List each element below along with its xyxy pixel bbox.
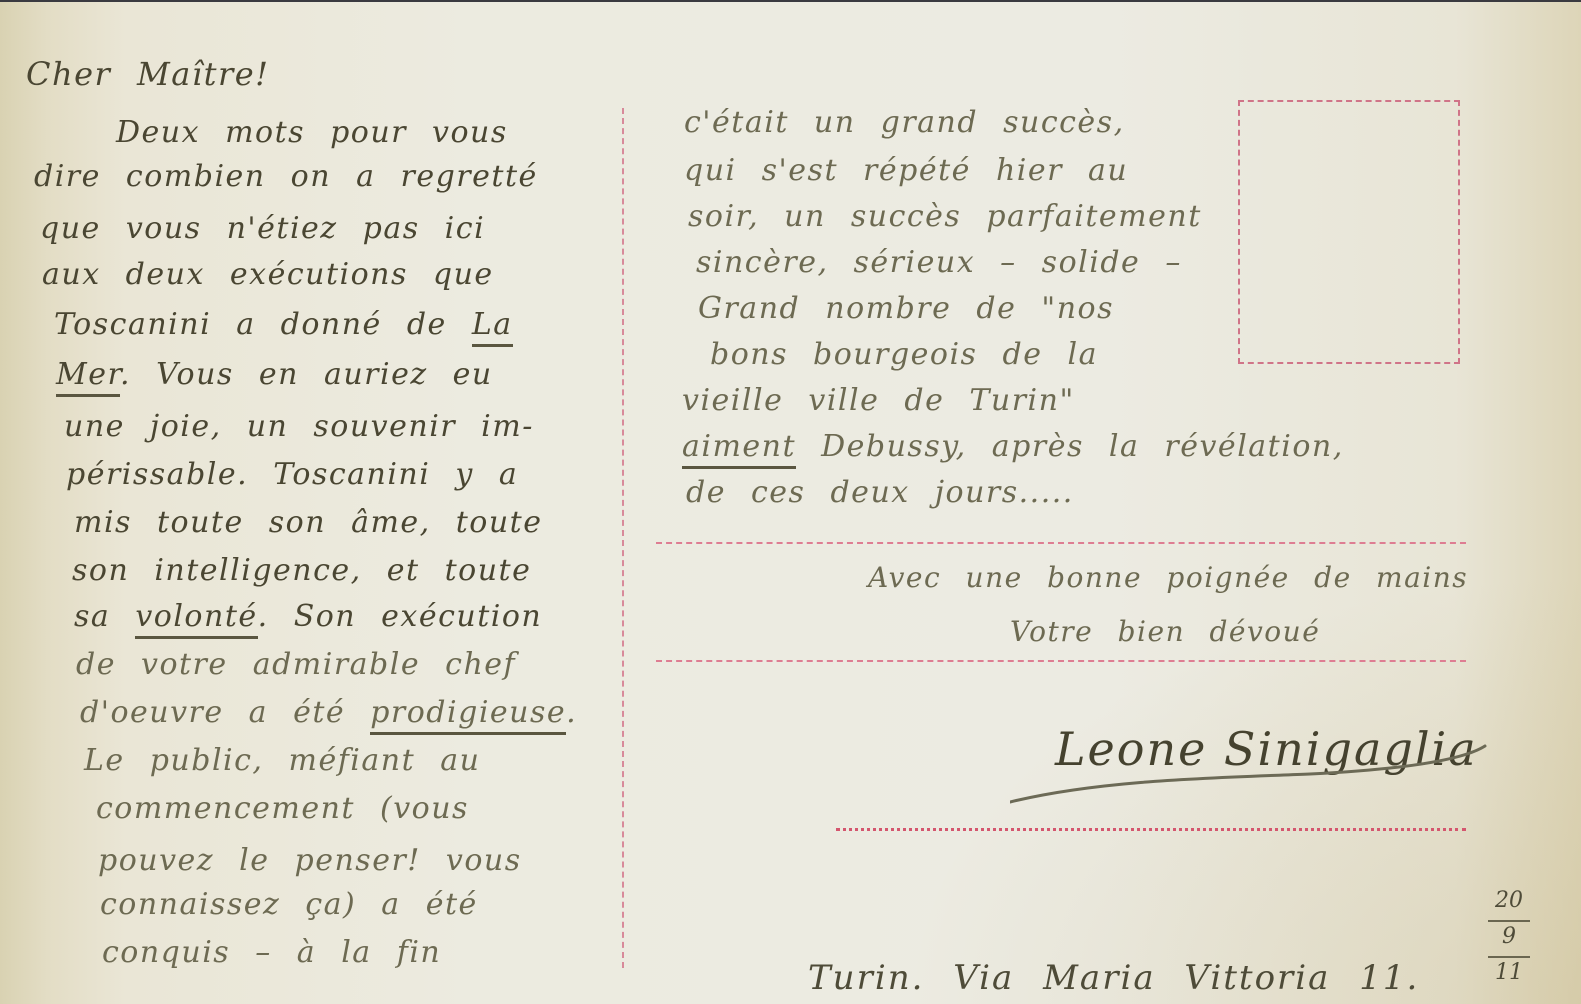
right-line-4: sincère, sérieux – solide – <box>696 248 1182 278</box>
left-line-13: d'oeuvre a été prodigieuse. <box>80 698 577 728</box>
closing-rule-bottom <box>656 660 1466 662</box>
date: 20 9 11 <box>1488 886 1530 992</box>
left-line-13-pre: d'oeuvre a été <box>80 695 370 730</box>
signature-flourish-icon <box>1010 740 1490 810</box>
left-line-11-post: . Son exécution <box>258 599 543 634</box>
left-line-11-pre: sa <box>74 599 135 634</box>
address-rule <box>836 828 1466 831</box>
left-line-3: que vous n'étiez pas ici <box>40 214 485 244</box>
closing-rule-top <box>656 542 1466 544</box>
right-line-8-post: Debussy, après la révélation, <box>796 429 1344 464</box>
left-line-1: Deux mots pour vous <box>116 118 508 148</box>
left-line-16: pouvez le penser! vous <box>98 846 522 876</box>
left-line-4: aux deux exécutions que <box>42 260 494 290</box>
left-line-9: mis toute son âme, toute <box>74 508 542 538</box>
left-line-17: connaissez ça) a été <box>100 890 478 920</box>
left-line-18: conquis – à la fin <box>102 938 441 968</box>
closing-line-2: Votre bien dévoué <box>1010 618 1320 646</box>
vertical-divider <box>622 108 624 968</box>
underlined-la: La <box>472 307 513 347</box>
left-line-12: de votre admirable chef <box>76 650 516 680</box>
left-line-13-post: . <box>566 695 577 730</box>
left-line-11: sa volonté. Son exécution <box>74 602 542 632</box>
left-line-6: Mer. Vous en auriez eu <box>56 360 493 390</box>
left-line-5-text: Toscanini a donné de <box>54 307 472 342</box>
right-line-1: c'était un grand succès, <box>684 108 1125 138</box>
sender-address: Turin. Via Maria Vittoria 11. <box>808 958 1419 998</box>
postcard: Cher Maître! Deux mots pour vous dire co… <box>0 0 1581 1004</box>
right-line-5: Grand nombre de "nos <box>698 294 1114 324</box>
right-line-2: qui s'est répété hier au <box>684 156 1128 186</box>
left-line-7: une joie, un souvenir im- <box>64 412 534 442</box>
underlined-mer: Mer <box>56 357 120 397</box>
left-line-5: Toscanini a donné de La <box>54 310 513 340</box>
right-line-7: vieille ville de Turin" <box>682 386 1075 416</box>
left-line-14: Le public, méfiant au <box>84 746 480 776</box>
date-year: 11 <box>1488 958 1530 992</box>
salutation: Cher Maître! <box>26 58 270 90</box>
right-line-3: soir, un succès parfaitement <box>688 202 1202 232</box>
right-line-6: bons bourgeois de la <box>710 340 1098 370</box>
left-line-15: commencement (vous <box>96 794 469 824</box>
left-line-10: son intelligence, et toute <box>72 556 531 586</box>
left-line-2: dire combien on a regretté <box>34 162 538 192</box>
underlined-aiment: aiment <box>682 429 796 469</box>
closing-line-1: Avec une bonne poignée de mains <box>868 564 1468 592</box>
right-line-8: aiment Debussy, après la révélation, <box>682 432 1344 462</box>
left-line-8: périssable. Toscanini y a <box>66 460 518 490</box>
date-month: 9 <box>1488 922 1530 958</box>
left-line-6-text: . Vous en auriez eu <box>120 357 493 392</box>
underlined-prodigieuse: prodigieuse <box>370 695 566 735</box>
right-line-9: de ces deux jours..... <box>686 478 1074 508</box>
date-day: 20 <box>1488 886 1530 922</box>
underlined-volonte: volonté <box>135 599 257 639</box>
stamp-box <box>1238 100 1460 364</box>
